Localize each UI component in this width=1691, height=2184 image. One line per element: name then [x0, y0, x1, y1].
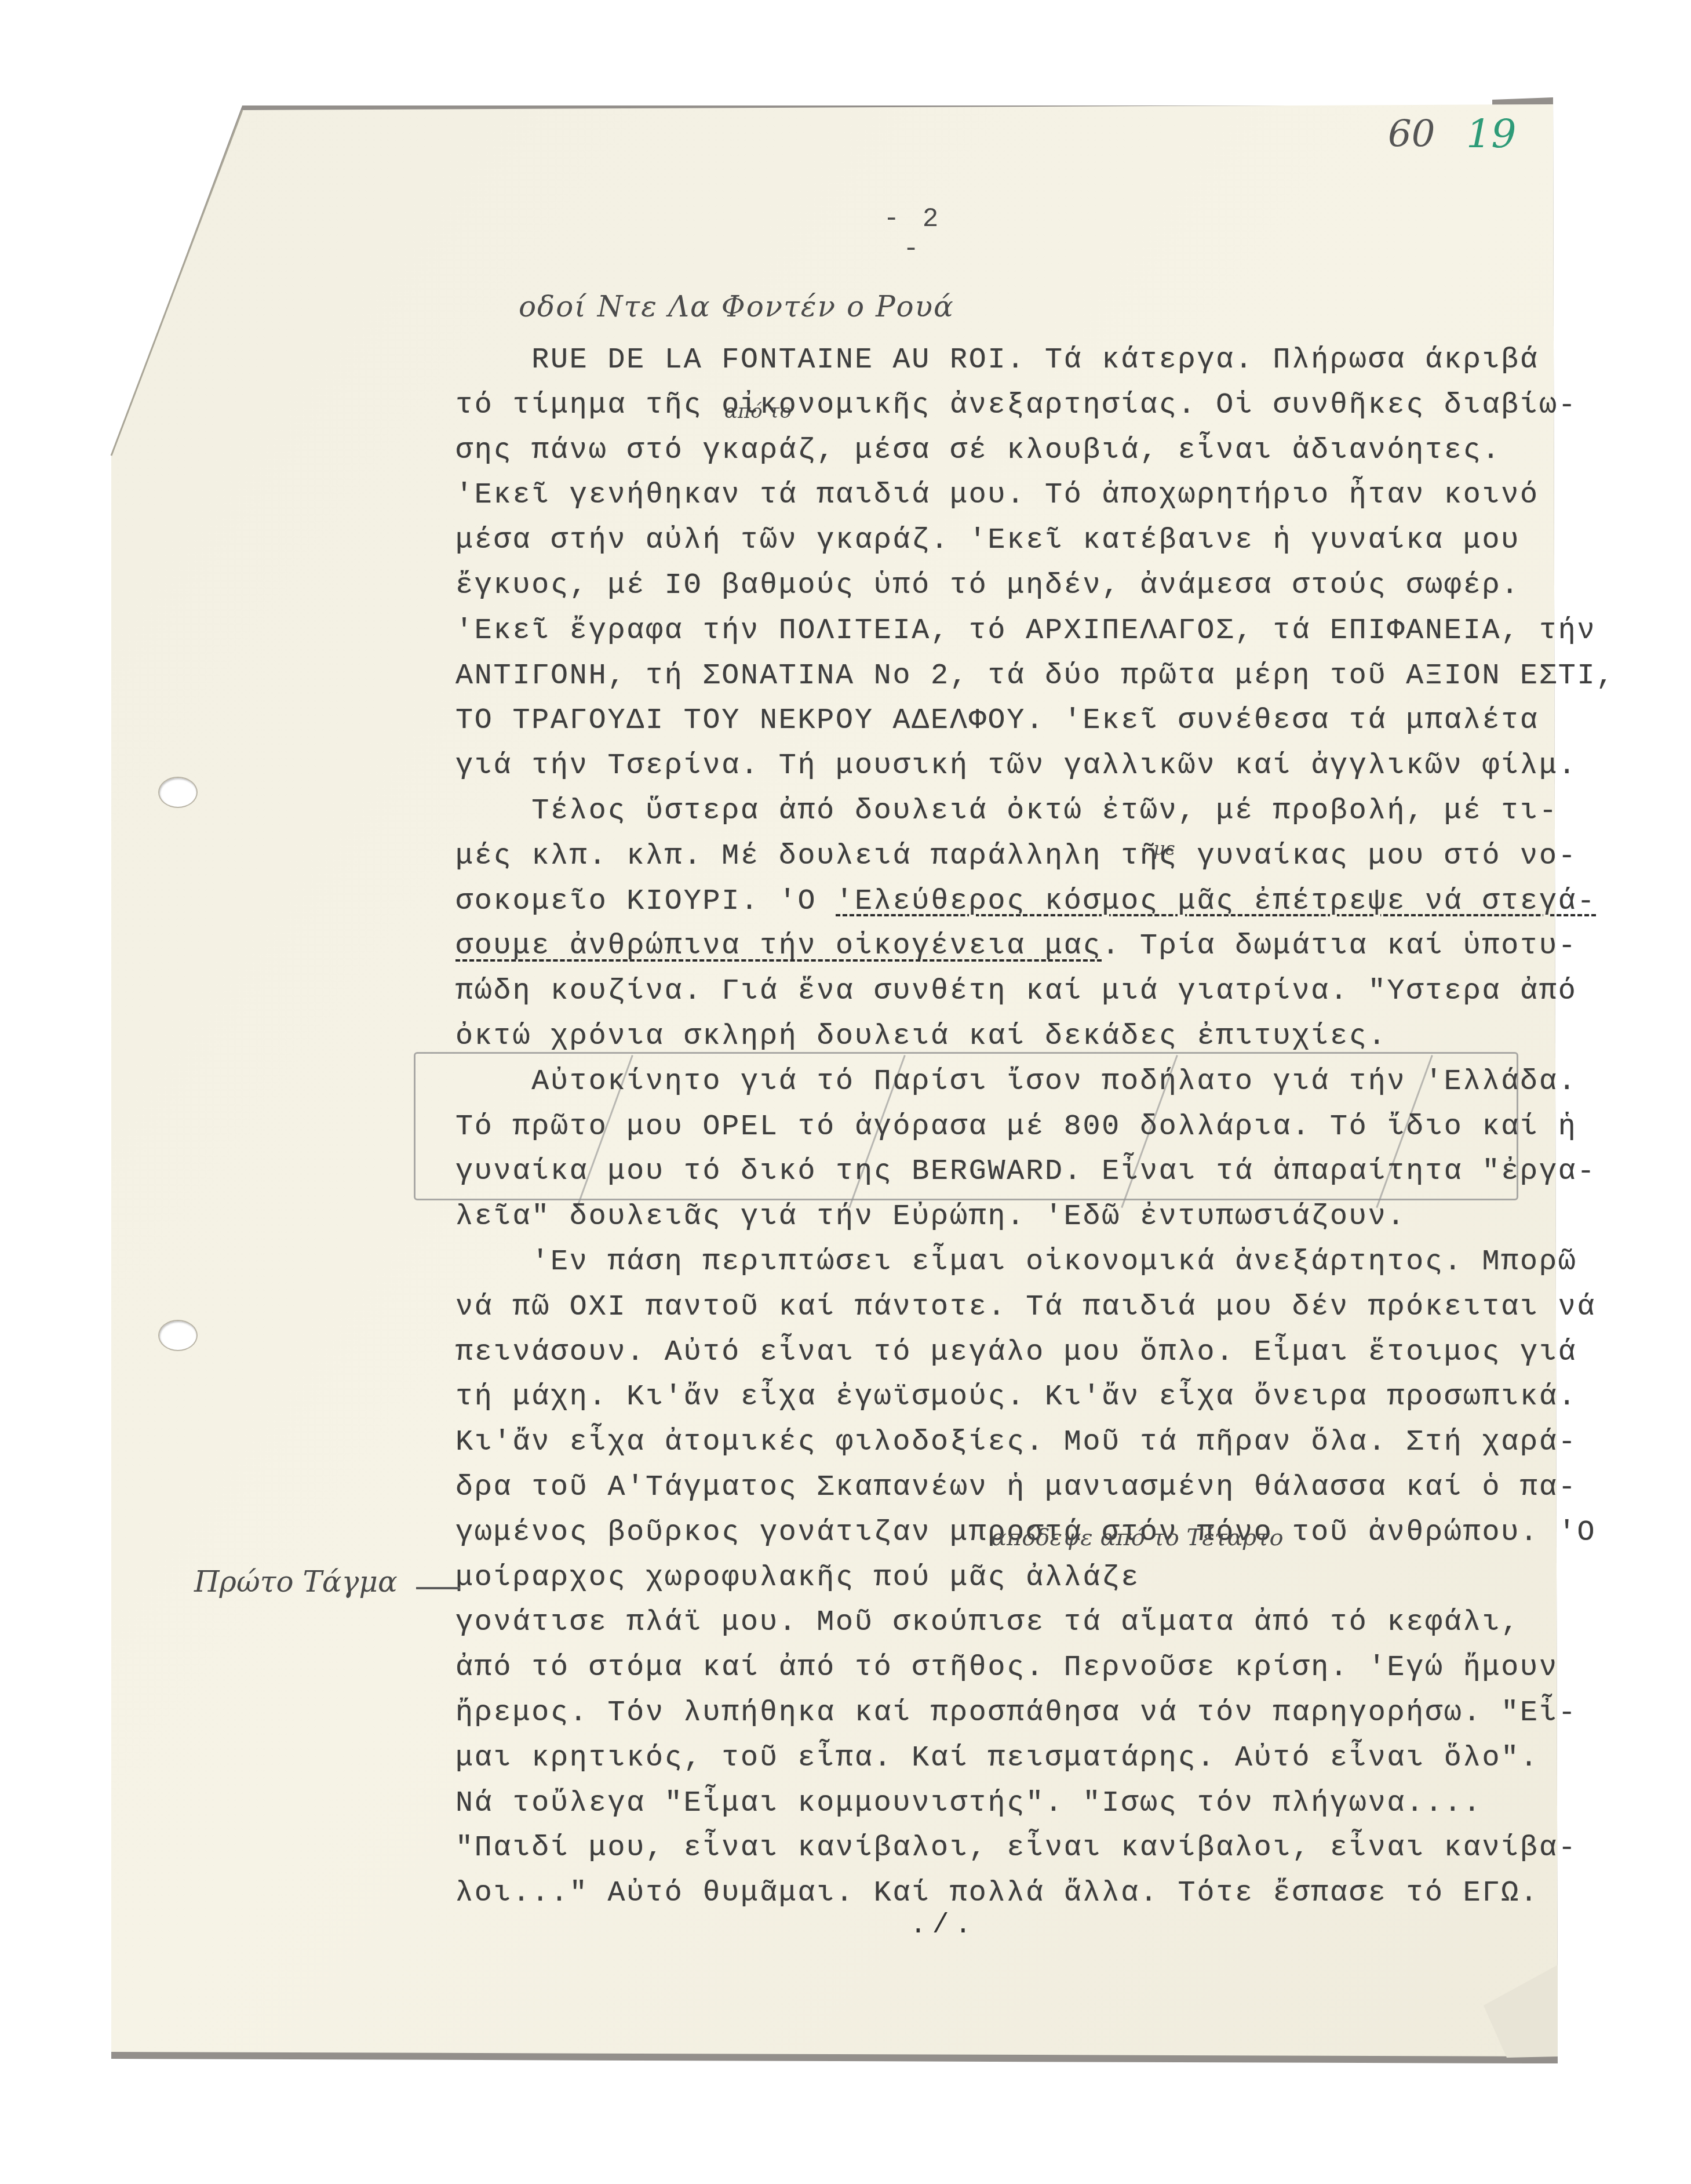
- underlined-phrase: σουμε ἀνθρώπινα τήν οἰκογένεια μας: [455, 930, 1102, 963]
- typed-line: 'Εκεῖ γενήθηκαν τά παιδιά μου. Τό ἀποχωρ…: [455, 473, 1545, 518]
- typed-line: ἤρεμος. Τόν λυπήθηκα καί προσπάθησα νά τ…: [455, 1691, 1545, 1736]
- archive-number-green: 19: [1466, 111, 1517, 157]
- typed-line: λεῖα" δουλειᾶς γιά τήν Εὐρώπη. 'Εδῶ ἐντυ…: [455, 1195, 1545, 1240]
- typed-line: νά πῶ ΟΧΙ παντοῦ καί πάντοτε. Τά παιδιά …: [455, 1285, 1545, 1330]
- typed-line: Νά τοὔλεγα "Εἶμαι κομμουνιστής". "Ισως τ…: [455, 1781, 1545, 1826]
- handwritten-margin-note: Πρώτο Τάγμα: [194, 1565, 398, 1599]
- typed-line: γονάτισε πλάϊ μου. Μοῦ σκούπισε τά αἵματ…: [455, 1600, 1545, 1646]
- typed-line: σοκομεῖο ΚΙΟΥΡΙ. 'Ο 'Ελεύθερος κόσμος μᾶ…: [455, 879, 1545, 924]
- typed-line: μέσα στήν αὐλή τῶν γκαράζ. 'Εκεῖ κατέβαι…: [455, 518, 1545, 563]
- typed-line: ἀπό τό στόμα καί ἀπό τό στῆθος. Περνοῦσε…: [455, 1646, 1545, 1691]
- typed-line: δρα τοῦ Α'Τάγματος Σκαπανέων ἡ μανιασμέν…: [455, 1465, 1545, 1510]
- typed-line: γιά τήν Τσερίνα. Τή μουσική τῶν γαλλικῶν…: [455, 744, 1545, 789]
- typed-line: 'Εκεῖ ἔγραφα τήν ΠΟΛΙΤΕΙΑ, τό ΑΡΧΙΠΕΛΑΓΟ…: [455, 609, 1545, 654]
- typed-line: ΤΟ ΤΡΑΓΟΥΔΙ ΤΟΥ ΝΕΚΡΟΥ ΑΔΕΛΦΟΥ. 'Εκεῖ συ…: [455, 698, 1545, 744]
- end-of-page-mark: ./.: [910, 1910, 977, 1941]
- margin-pointer-line: [416, 1587, 460, 1589]
- typed-line: RUE DE LA FONTAINE AU ROI. Τά κάτεργα. Π…: [455, 338, 1545, 383]
- scanned-page: 60 19 - 2 - οδοί Ντε Λα Φοντέν ο Ρουά απ…: [0, 0, 1691, 2184]
- handwritten-street-translation: οδοί Ντε Λα Φοντέν ο Ρουά: [519, 290, 954, 323]
- typed-line: μές κλπ. κλπ. Μέ δουλειά παράλληλη τῆς γ…: [455, 834, 1545, 879]
- typed-line: ΑΝΤΙΓΟΝΗ, τή ΣΟΝΑΤΙΝΑ Νο 2, τά δύο πρῶτα…: [455, 654, 1545, 699]
- typed-line: Κι'ἄν εἶχα ἀτομικές φιλοδοξίες. Μοῦ τά π…: [455, 1420, 1545, 1465]
- typed-line: Τό πρῶτο μου OPEL τό ἀγόρασα μέ 800 δολλ…: [455, 1105, 1545, 1150]
- typed-line: ὀκτώ χρόνια σκληρή δουλειά καί δεκάδες ἐ…: [455, 1014, 1545, 1060]
- punch-hole-bottom: [158, 1320, 198, 1351]
- typed-line: μοίραρχος χωροφυλακῆς πού μᾶς ἀλλάζε: [455, 1556, 1545, 1601]
- typed-line: ἔγκυος, μέ ΙΘ βαθμούς ὑπό τό μηδέν, ἀνάμ…: [455, 563, 1545, 609]
- page-number: - 2 -: [869, 204, 956, 264]
- typed-line: πεινάσουν. Αὐτό εἶναι τό μεγάλο μου ὅπλο…: [455, 1330, 1545, 1375]
- typed-line: τή μάχη. Κι'ἄν εἶχα ἐγωϊσμούς. Κι'ἄν εἶχ…: [455, 1375, 1545, 1420]
- typed-line: πώδη κουζίνα. Γιά ἕνα συνθέτη καί μιά γι…: [455, 969, 1545, 1014]
- typed-line: Τέλος ὕστερα ἀπό δουλειά ὀκτώ ἐτῶν, μέ π…: [455, 789, 1545, 834]
- typed-body-text: RUE DE LA FONTAINE AU ROI. Τά κάτεργα. Π…: [455, 338, 1545, 1916]
- typed-line: γυναίκα μου τό δικό της BERGWARD. Εἶναι …: [455, 1149, 1545, 1195]
- typed-line: Αὐτοκίνητο γιά τό Παρίσι ἴσον ποδήλατο γ…: [455, 1060, 1545, 1105]
- archive-number-gray: 60: [1388, 113, 1435, 156]
- typed-line: σης πάνω στό γκαράζ, μέσα σέ κλουβιά, εἶ…: [455, 428, 1545, 474]
- typed-line: λοι..." Αὐτό θυμᾶμαι. Καί πολλά ἄλλα. Τό…: [455, 1871, 1545, 1916]
- typed-line: "Παιδί μου, εἶναι κανίβαλοι, εἶναι κανίβ…: [455, 1826, 1545, 1871]
- punch-hole-top: [158, 777, 198, 808]
- typed-line: μαι κρητικός, τοῦ εἶπα. Καί πεισματάρης.…: [455, 1736, 1545, 1781]
- typed-line: σουμε ἀνθρώπινα τήν οἰκογένεια μας. Τρία…: [455, 924, 1545, 969]
- underlined-phrase: 'Ελεύθερος κόσμος μᾶς ἐπέτρεψε νά στεγά-: [836, 885, 1596, 918]
- typed-line: τό τίμημα τῆς οἰκονομικῆς ἀνεξαρτησίας. …: [455, 383, 1545, 428]
- handwritten-insert-line28: απόδεψε από το Τέταρτο: [991, 1524, 1284, 1551]
- typed-line: 'Εν πάση περιπτώσει εἶμαι οἰκονομικά ἀνε…: [455, 1240, 1545, 1285]
